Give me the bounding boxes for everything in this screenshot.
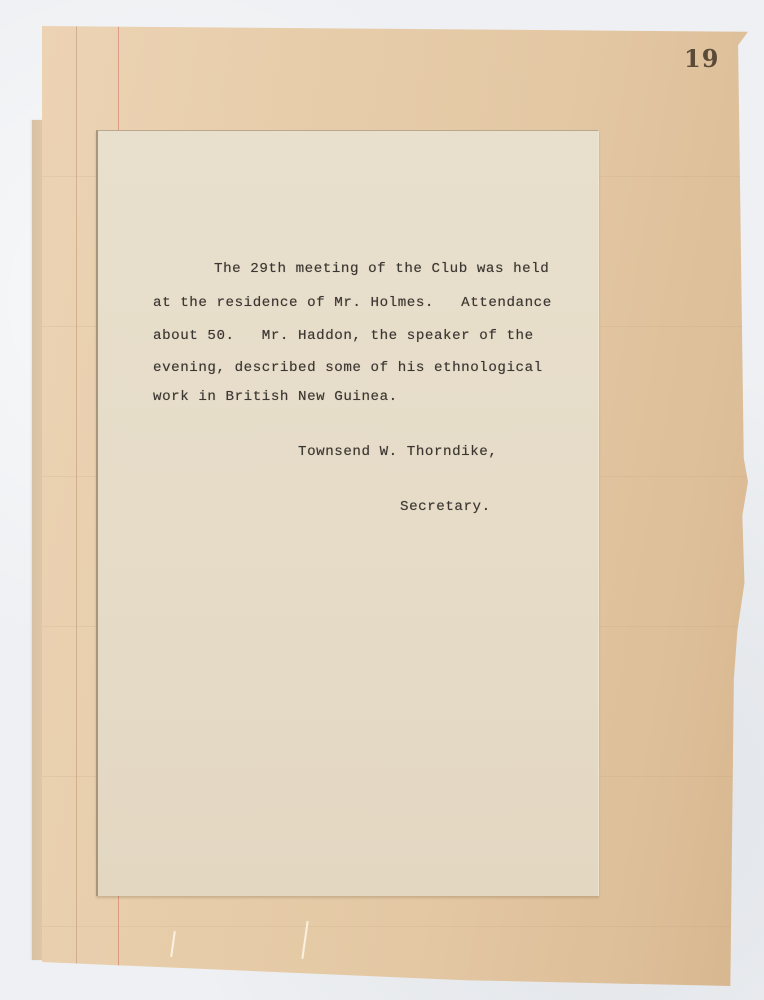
signature-name: Townsend W. Thorndike, bbox=[298, 445, 497, 459]
ruled-line bbox=[42, 926, 748, 927]
paper-tear bbox=[170, 931, 176, 957]
note-line-3: about 50. Mr. Haddon, the speaker of the bbox=[153, 329, 534, 343]
note-line-5: work in British New Guinea. bbox=[153, 390, 398, 404]
note-line-2: at the residence of Mr. Holmes. Attendan… bbox=[153, 296, 552, 310]
binding-fold-line bbox=[76, 26, 77, 986]
note-line-4: evening, described some of his ethnologi… bbox=[153, 361, 543, 375]
page-number: 19 bbox=[684, 44, 719, 73]
signature-title: Secretary. bbox=[400, 500, 491, 514]
typed-note-sheet bbox=[96, 130, 599, 896]
note-line-1: The 29th meeting of the Club was held bbox=[214, 262, 549, 276]
